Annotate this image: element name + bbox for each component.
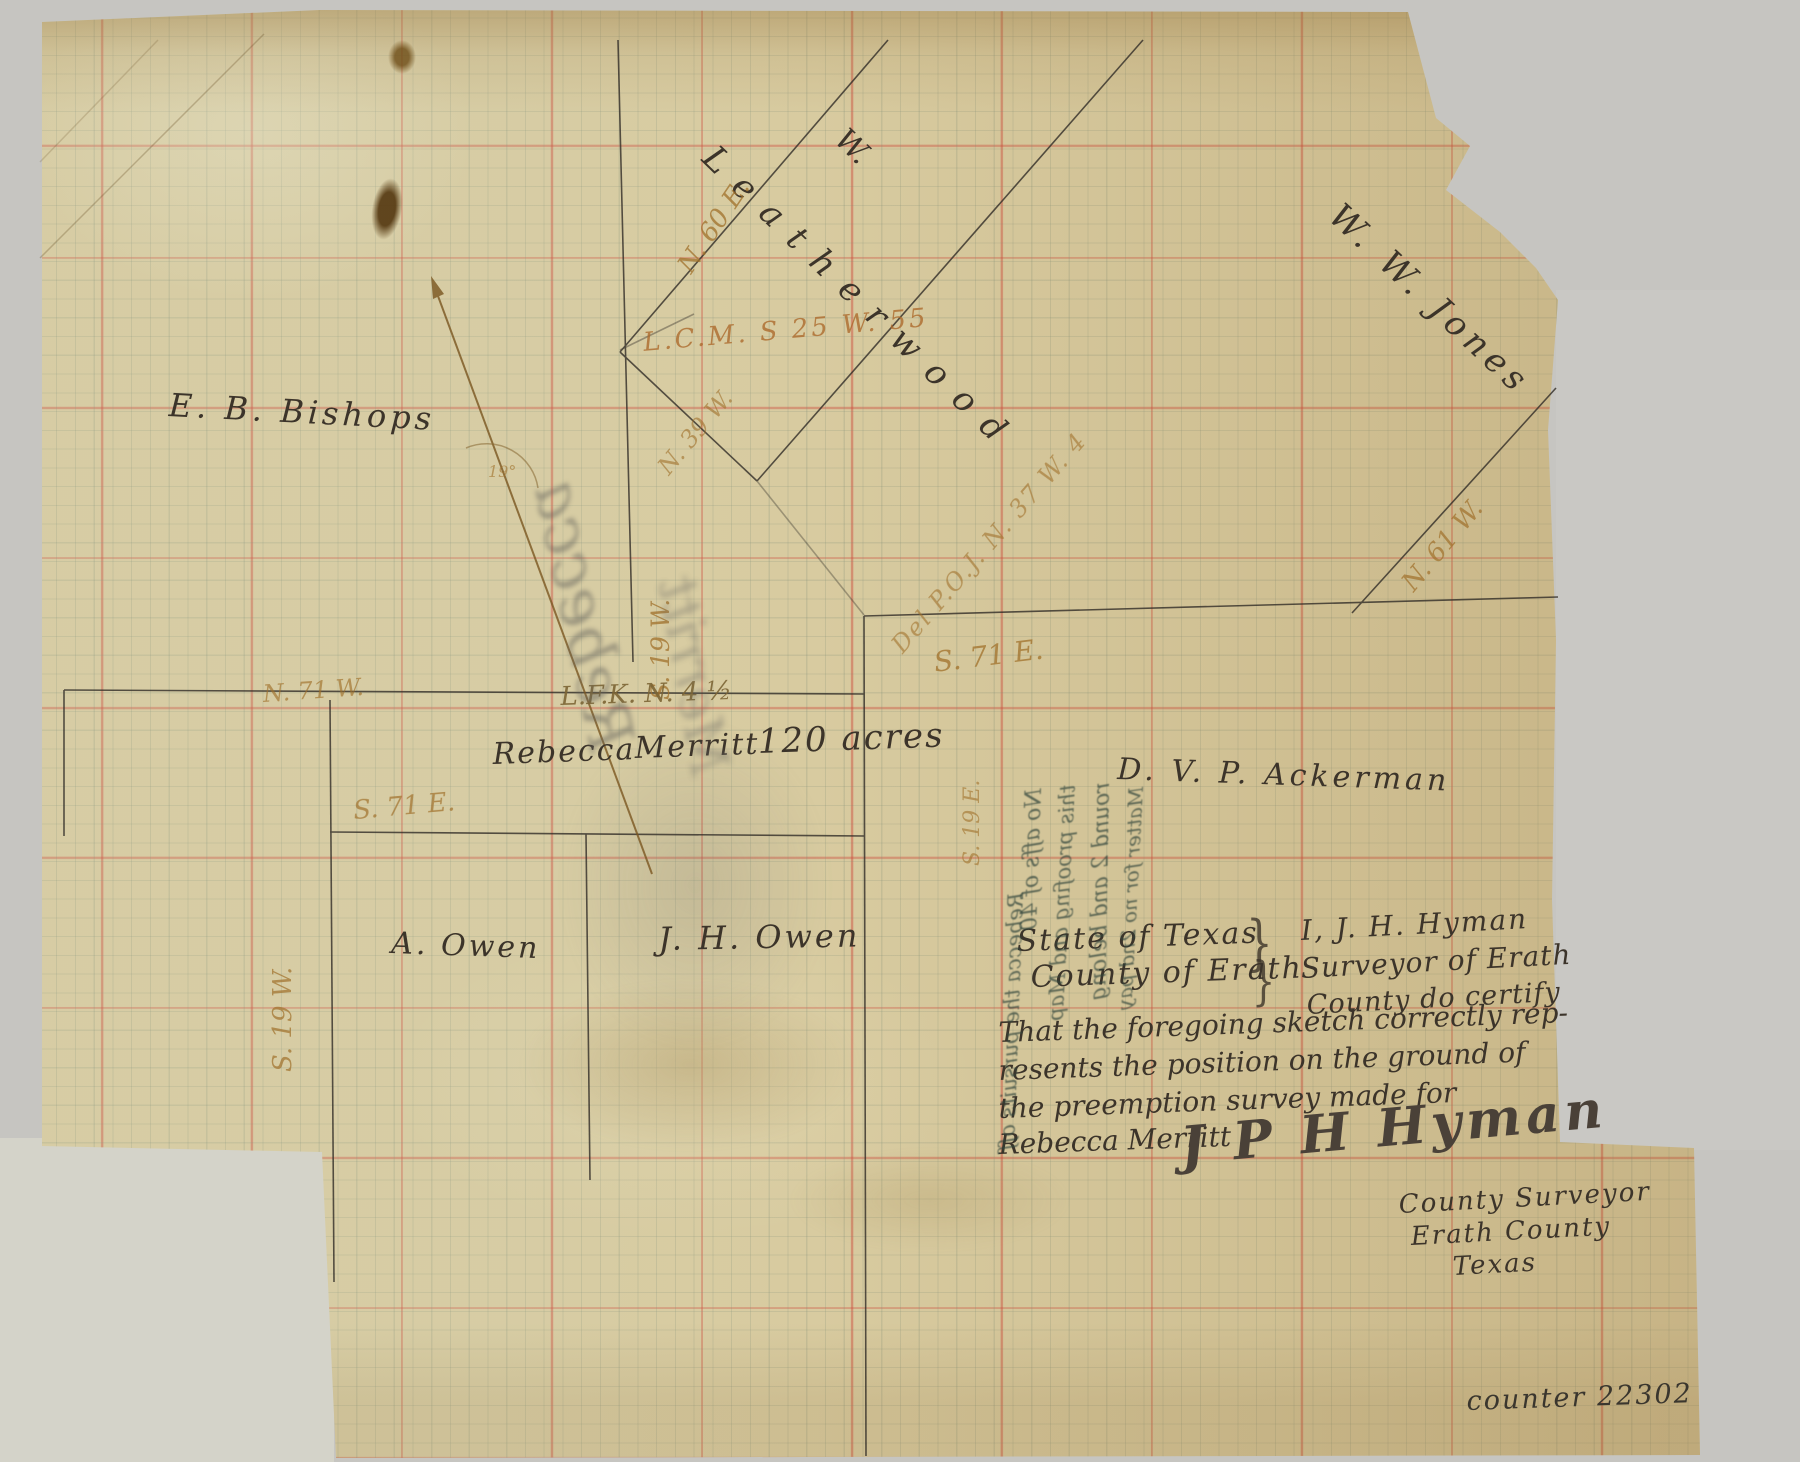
merritt-north-line [64, 690, 864, 694]
leatherwood-se-line [757, 40, 1143, 481]
ackerman-north-line [864, 597, 1558, 616]
owen-divider-line [586, 834, 590, 1180]
owen-west-line [330, 700, 334, 1282]
corner-tick [620, 314, 694, 350]
leatherwood-sw-line [620, 40, 888, 352]
fold-crease [40, 40, 158, 162]
leatherwood-south-line [620, 352, 757, 481]
ackerman-west-line [864, 616, 866, 1456]
connector-line [757, 481, 864, 615]
arrow-head [431, 276, 444, 299]
northeast-diagonal-line [1352, 388, 1556, 613]
owen-north-line [330, 832, 864, 836]
arrow-shaft [438, 296, 652, 874]
scanned-survey-sketch: W. Leatherwood W. W. Jones E. B. Bishops… [0, 0, 1800, 1462]
north-arrow [431, 276, 652, 874]
survey-linework [0, 0, 1800, 1462]
fold-crease [40, 34, 264, 258]
angle-arc [466, 444, 538, 488]
